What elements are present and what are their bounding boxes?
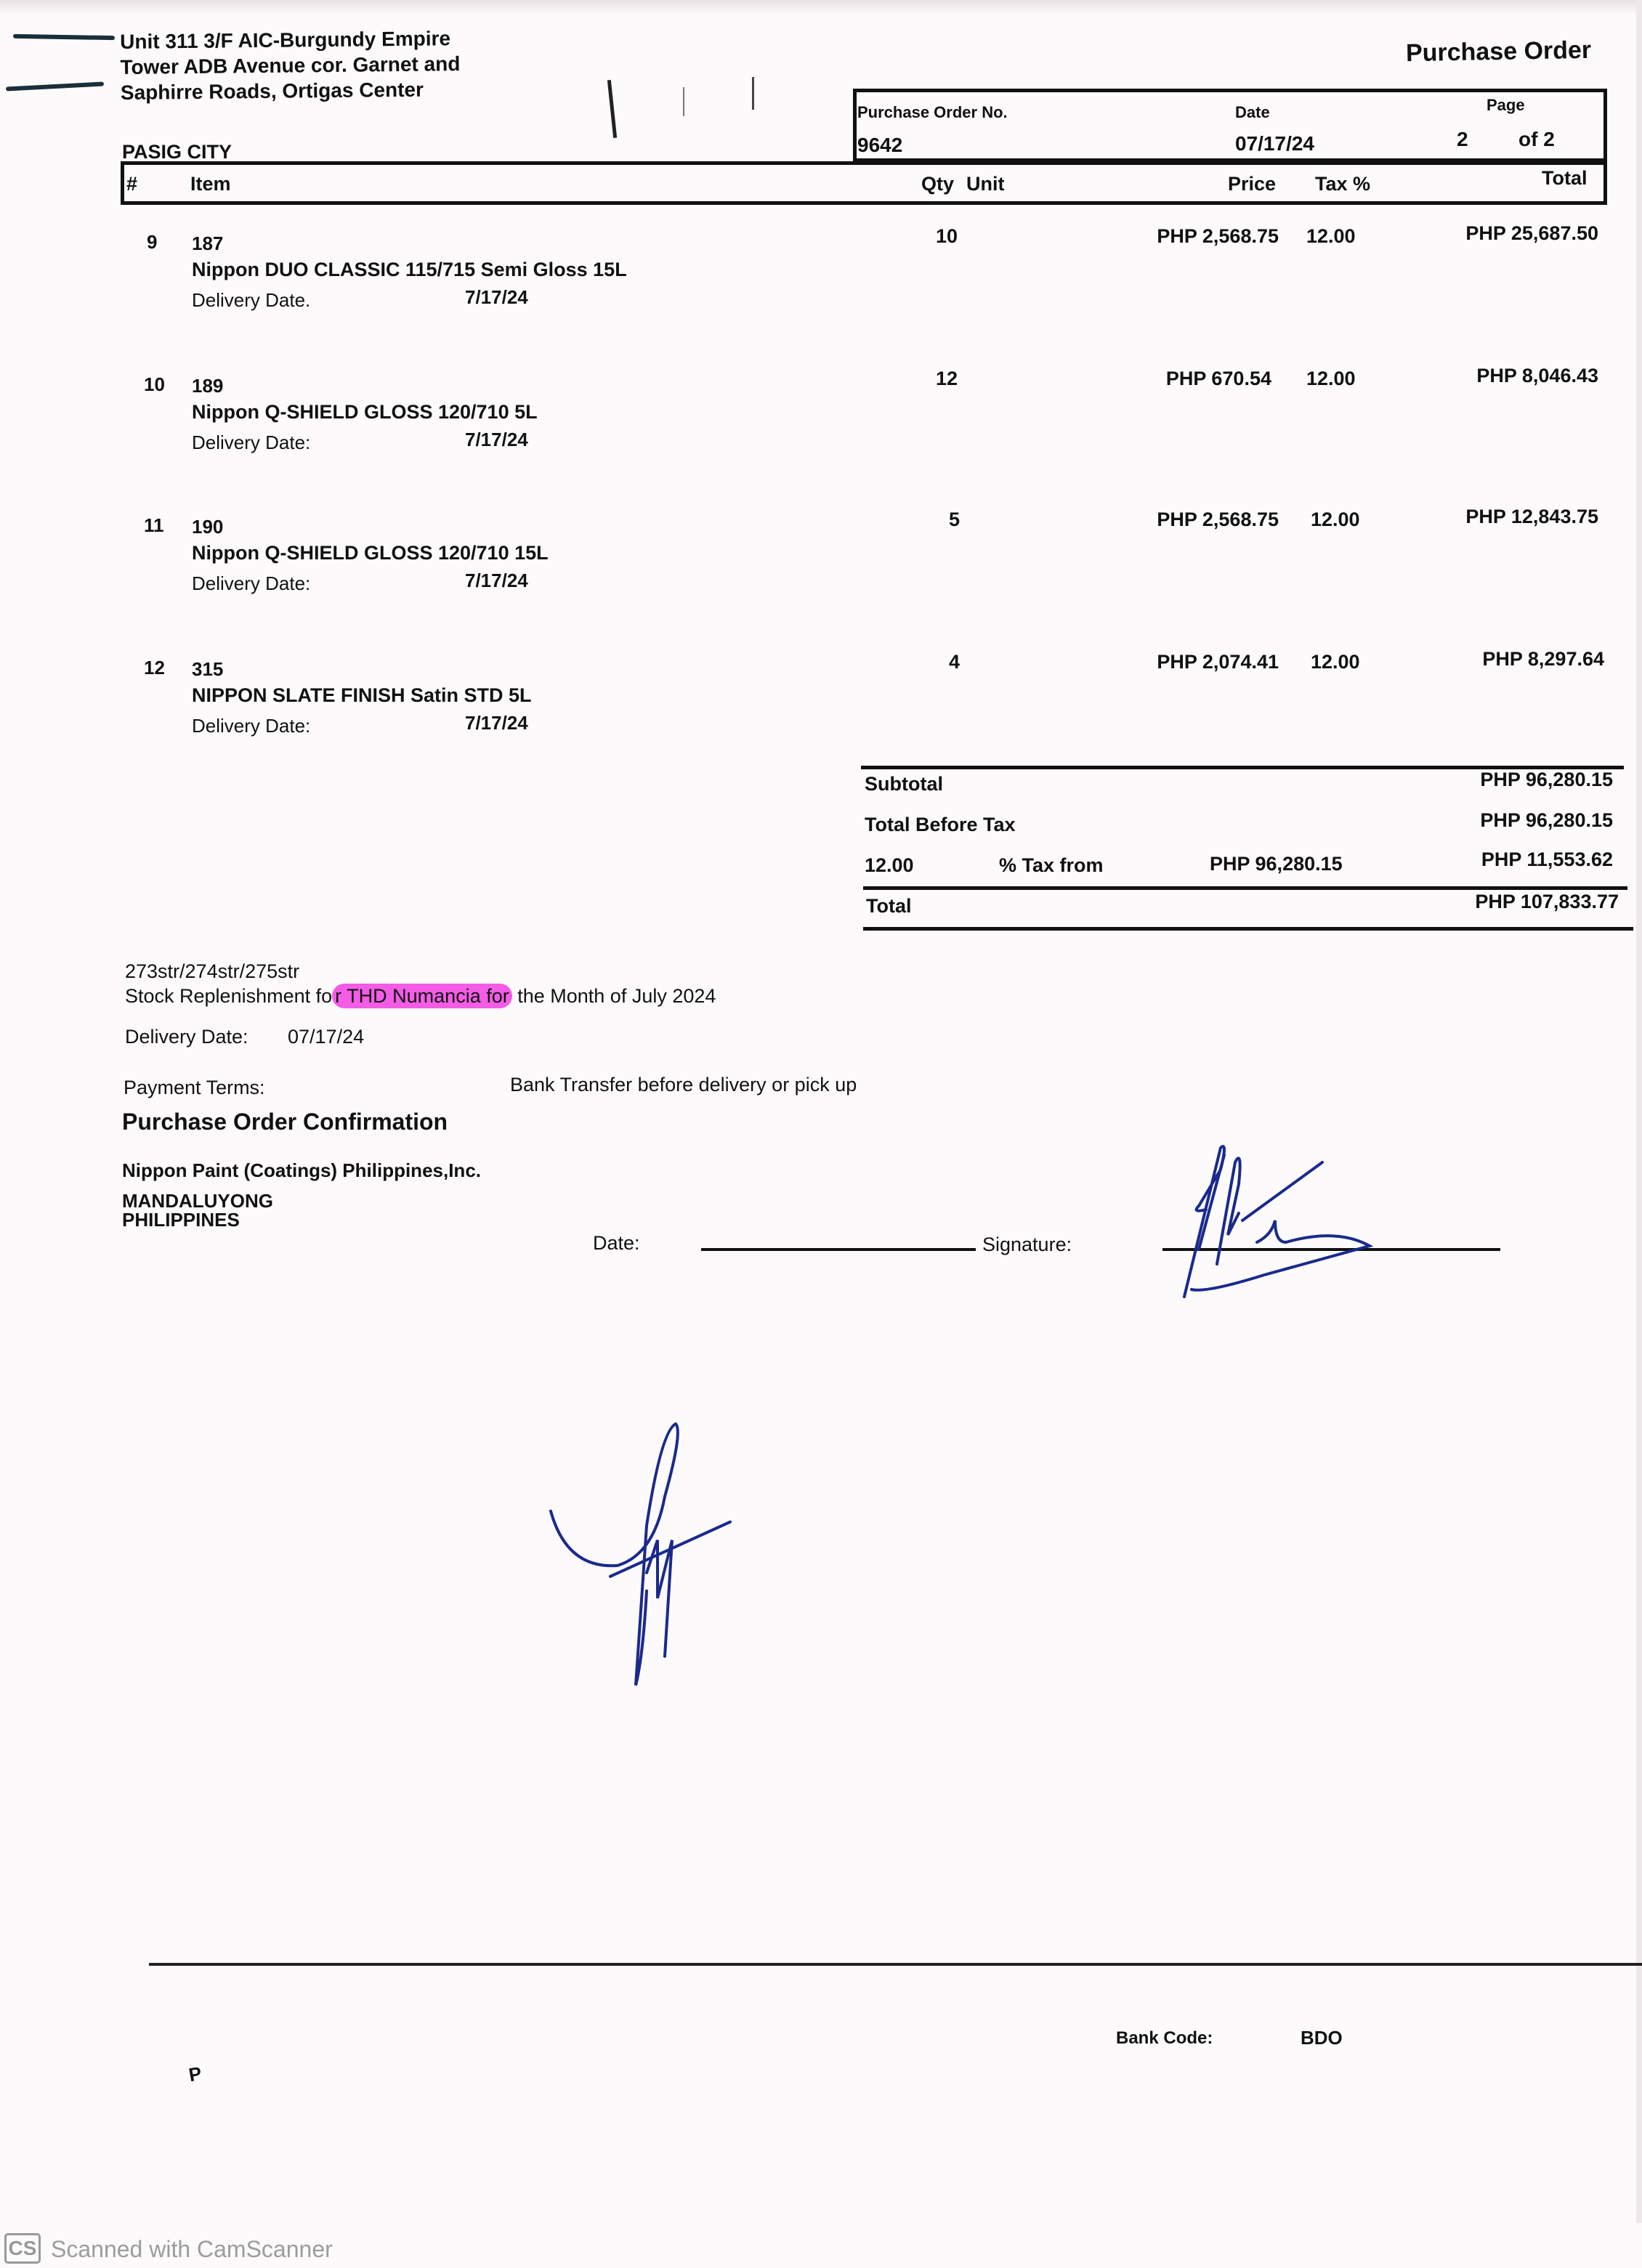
po-number: 9642 — [857, 134, 902, 157]
po-number-label: Purchase Order No. — [857, 103, 1008, 122]
pen-mark — [13, 34, 115, 40]
line-number: 11 — [144, 514, 164, 537]
column-num: # — [126, 173, 137, 195]
item-total: PHP 12,843.75 — [1465, 506, 1598, 528]
column-total: Total — [1542, 167, 1588, 190]
grand-total: PHP 107,833.77 — [1475, 891, 1619, 913]
supplier-country: PHILIPPINES — [122, 1210, 273, 1229]
tax-rate: 12.00 — [865, 854, 914, 877]
stray-mark: P — [187, 2062, 203, 2087]
line-number: 12 — [144, 657, 165, 679]
item-price: PHP 2,568.75 — [1157, 225, 1279, 248]
item-qty: 5 — [949, 509, 960, 531]
supplier-city: MANDALUYONG — [122, 1191, 273, 1210]
item-tax: 12.00 — [1306, 225, 1356, 248]
po-date: 07/17/24 — [1235, 132, 1314, 155]
remarks-suffix: the Month of July 2024 — [512, 985, 716, 1007]
pen-mark — [6, 81, 104, 91]
bank-code: BDO — [1301, 2027, 1343, 2049]
tax-base: PHP 96,280.15 — [1210, 853, 1343, 875]
item-code: 189 — [192, 375, 223, 397]
pen-mark — [607, 80, 617, 138]
supplier-name: Nippon Paint (Coatings) Philippines,Inc. — [122, 1159, 481, 1182]
paper-right-edge — [1636, 0, 1642, 2223]
delivery-date-label: Delivery Date: — [192, 715, 310, 737]
payment-terms-value: Bank Transfer before delivery or pick up — [510, 1074, 857, 1096]
delivery-date: 07/17/24 — [288, 1026, 364, 1048]
item-description: Nippon Q-SHIELD GLOSS 120/710 5L — [192, 401, 538, 424]
highlighted-text: r THD Numancia for — [332, 984, 512, 1008]
tax-from-label: % Tax from — [999, 854, 1104, 877]
confirm-date-label: Date: — [593, 1232, 640, 1255]
item-qty: 12 — [936, 368, 958, 390]
delivery-date-label: Delivery Date: — [192, 572, 310, 595]
delivery-date-label: Delivery Date: — [192, 432, 310, 454]
supplier-address: MANDALUYONG PHILIPPINES — [122, 1191, 273, 1229]
payment-terms-label: Payment Terms: — [124, 1077, 265, 1099]
item-price: PHP 2,568.75 — [1157, 509, 1279, 531]
column-header-band — [121, 161, 1607, 205]
column-item: Item — [190, 173, 231, 195]
item-price: PHP 2,074.41 — [1157, 651, 1279, 673]
subtotal-value: PHP 96,280.15 — [1480, 769, 1613, 791]
total-label: Total — [866, 895, 912, 918]
item-tax: 12.00 — [1311, 509, 1360, 531]
item-total: PHP 25,687.50 — [1465, 222, 1598, 245]
item-delivery-date: 7/17/24 — [465, 570, 528, 592]
document-title: Purchase Order — [1406, 36, 1592, 68]
date-line — [701, 1248, 976, 1251]
item-qty: 10 — [936, 225, 958, 248]
item-code: 187 — [192, 232, 223, 255]
item-tax: 12.00 — [1311, 651, 1360, 673]
column-price: Price — [1228, 173, 1276, 195]
page-total: of 2 — [1518, 128, 1555, 151]
pen-mark — [683, 87, 684, 116]
subtotal-label: Subtotal — [865, 773, 943, 795]
vendor-city: PASIG CITY — [122, 141, 232, 163]
item-total: PHP 8,046.43 — [1476, 365, 1598, 387]
address-line: Unit 311 3/F AIC-Burgundy Empire — [120, 25, 460, 54]
item-price: PHP 670.54 — [1166, 368, 1271, 390]
tax-amount: PHP 11,553.62 — [1481, 849, 1613, 871]
totals-bottom-rule — [863, 927, 1633, 931]
column-qty: Qty — [921, 173, 954, 195]
delivery-date-label: Delivery Date. — [192, 289, 310, 312]
item-qty: 4 — [949, 651, 960, 673]
camscanner-watermark: Scanned with CamScanner — [51, 2236, 333, 2263]
column-tax: Tax % — [1315, 173, 1370, 195]
item-delivery-date: 7/17/24 — [465, 712, 528, 734]
confirmation-title: Purchase Order Confirmation — [122, 1109, 448, 1135]
signature-initials — [538, 1417, 741, 1693]
reference-numbers: 273str/274str/275str — [125, 960, 299, 983]
total-before-tax-value: PHP 96,280.15 — [1480, 809, 1613, 832]
item-description: NIPPON SLATE FINISH Satin STD 5L — [192, 684, 532, 707]
item-description: Nippon Q-SHIELD GLOSS 120/710 15L — [192, 542, 549, 564]
page-label: Page — [1487, 96, 1525, 115]
item-delivery-date: 7/17/24 — [465, 429, 528, 451]
item-delivery-date: 7/17/24 — [465, 286, 528, 309]
page-current: 2 — [1457, 128, 1468, 151]
totals-mid-rule — [863, 886, 1627, 890]
bank-code-label: Bank Code: — [1116, 2028, 1213, 2049]
vendor-address: Unit 311 3/F AIC-Burgundy Empire Tower A… — [120, 25, 461, 105]
footer-rule — [149, 1963, 1642, 1966]
remarks-prefix: Stock Replenishment fo — [125, 985, 332, 1007]
total-before-tax-label: Total Before Tax — [865, 814, 1016, 836]
signature-label: Signature: — [982, 1234, 1072, 1256]
column-unit: Unit — [966, 173, 1004, 195]
paper-edge-shadow — [0, 0, 1642, 15]
line-number: 10 — [144, 373, 165, 396]
item-tax: 12.00 — [1306, 368, 1356, 390]
date-label: Date — [1235, 103, 1270, 122]
address-line: Saphirre Roads, Ortigas Center — [121, 76, 461, 105]
camscanner-logo-icon: CS — [4, 2233, 41, 2264]
item-total: PHP 8,297.64 — [1482, 648, 1604, 671]
item-code: 315 — [192, 658, 223, 681]
line-number: 9 — [147, 231, 157, 254]
delivery-date-label: Delivery Date: — [125, 1026, 248, 1048]
pen-mark — [752, 77, 754, 110]
address-line: Tower ADB Avenue cor. Garnet and — [120, 51, 460, 80]
item-description: Nippon DUO CLASSIC 115/715 Semi Gloss 15… — [192, 259, 627, 281]
signature-scribble — [1148, 1141, 1511, 1315]
remarks-line: Stock Replenishment for THD Numancia for… — [125, 985, 716, 1008]
item-code: 190 — [192, 516, 223, 538]
